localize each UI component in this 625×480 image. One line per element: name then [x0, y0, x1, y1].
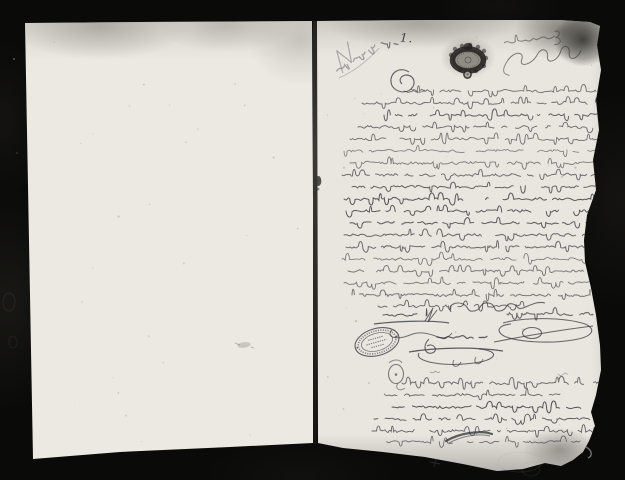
paper-speck — [496, 358, 497, 359]
paper-speck — [561, 176, 563, 178]
paper-speck — [343, 408, 345, 410]
cote-paraph — [507, 44, 582, 66]
paper-speck — [249, 434, 250, 435]
handwriting-line — [348, 265, 598, 276]
act2-handwriting — [372, 376, 600, 447]
paper-speck — [163, 362, 164, 363]
seal-tail-dot — [467, 74, 469, 76]
handwriting-line — [344, 277, 598, 289]
handwriting-line — [344, 193, 602, 205]
paper-speck — [357, 176, 358, 177]
handwriting-line — [352, 181, 600, 193]
folio-scribble — [381, 42, 398, 48]
handwriting-line — [344, 229, 596, 241]
handwriting-line — [392, 401, 590, 413]
marginal-paraph-pencil — [325, 29, 382, 79]
paraph-underline — [337, 48, 381, 79]
paper-speck — [574, 167, 576, 169]
handwriting-line — [558, 373, 574, 376]
paper-speck — [346, 307, 347, 308]
paper-speck — [197, 128, 199, 130]
paper-speck — [129, 105, 131, 107]
paper-speck — [74, 406, 75, 407]
handwriting-line — [346, 241, 600, 253]
handwriting-line — [342, 169, 602, 180]
ornate-initial-2 — [389, 360, 406, 390]
paper-speck — [234, 83, 236, 85]
paper-speck — [433, 107, 434, 108]
paper-specks — [327, 29, 593, 435]
handwriting-line — [430, 371, 445, 373]
handwriting-line — [350, 217, 599, 228]
paper-speck — [368, 382, 370, 384]
handwriting-line — [383, 309, 427, 317]
manuscript-overlay — [0, 0, 625, 480]
paper-speck — [81, 301, 83, 303]
paper-speck — [246, 235, 247, 236]
paper-speck — [297, 228, 299, 230]
signature-center — [409, 336, 503, 367]
handwriting-line — [346, 205, 600, 217]
handwriting-line — [350, 157, 600, 169]
handwriting-line — [358, 122, 602, 133]
handwriting-line — [504, 30, 555, 44]
paper-speck — [169, 105, 170, 106]
act1-handwriting — [342, 84, 608, 311]
paper-speck — [141, 441, 142, 442]
film-ghost-marks — [3, 58, 591, 476]
ink-blob-dot — [317, 188, 320, 191]
archives-stamp-icon — [352, 323, 403, 361]
paper-speck — [584, 29, 586, 31]
paper-speck — [92, 133, 93, 134]
handwriting-line — [362, 97, 600, 109]
signature-left — [374, 308, 452, 338]
paper-speck — [327, 115, 328, 116]
folio-number: 1. — [400, 31, 414, 46]
handwriting-line — [374, 414, 600, 425]
paper-speck — [118, 216, 120, 218]
handwriting-line — [437, 336, 487, 339]
paper-speck — [392, 380, 393, 381]
paper-speck — [125, 415, 127, 417]
paper-speck — [113, 377, 114, 378]
paper-speck — [80, 143, 81, 144]
paper-speck — [54, 42, 55, 43]
paper-speck — [506, 427, 508, 429]
paper-speck — [149, 204, 150, 205]
page-edge-curl — [586, 447, 591, 458]
paper-speck — [354, 98, 356, 100]
paper-speck — [446, 367, 447, 368]
handwriting-line — [350, 133, 608, 145]
paper-speck — [522, 328, 524, 330]
handwriting-line — [342, 252, 598, 265]
pencil-marks — [430, 371, 574, 375]
paper-speck — [363, 113, 364, 114]
paper-speck — [185, 141, 186, 142]
microfilm-scan: 1. — [0, 0, 625, 480]
paper-specks — [54, 42, 299, 443]
signature-right — [494, 308, 593, 343]
paper-speck — [548, 165, 550, 167]
paper-speck — [273, 157, 275, 159]
handwriting-line — [381, 42, 398, 48]
paper-speck — [183, 262, 185, 264]
paper-speck — [591, 65, 592, 66]
paper-speck — [327, 376, 329, 378]
handwriting-line — [352, 289, 590, 301]
embossed-seal-icon — [440, 36, 496, 78]
ink-blob — [316, 176, 322, 186]
paper-speck — [244, 105, 246, 107]
paper-speck — [343, 167, 345, 169]
cote-paraph-tail — [500, 31, 564, 76]
paper-speck — [455, 331, 457, 333]
paper-speck — [355, 320, 357, 322]
stamp-inner-text — [365, 335, 387, 348]
paper-speck — [92, 268, 93, 269]
paper-speck — [117, 392, 119, 394]
paper-speck — [588, 87, 590, 89]
flourish-oval-chain — [450, 302, 545, 312]
handwriting-line — [402, 376, 598, 389]
handwriting-line — [344, 146, 602, 157]
paper-speck — [143, 84, 145, 86]
handwriting-line — [404, 84, 596, 97]
paper-speck — [559, 424, 560, 425]
handwriting-line — [384, 388, 560, 400]
left-page-marks — [54, 42, 299, 443]
paper-speck — [148, 335, 150, 337]
handwriting-line — [387, 436, 581, 447]
handwriting-line — [384, 109, 604, 121]
paper-speck — [381, 93, 382, 94]
cote-note — [499, 27, 582, 76]
